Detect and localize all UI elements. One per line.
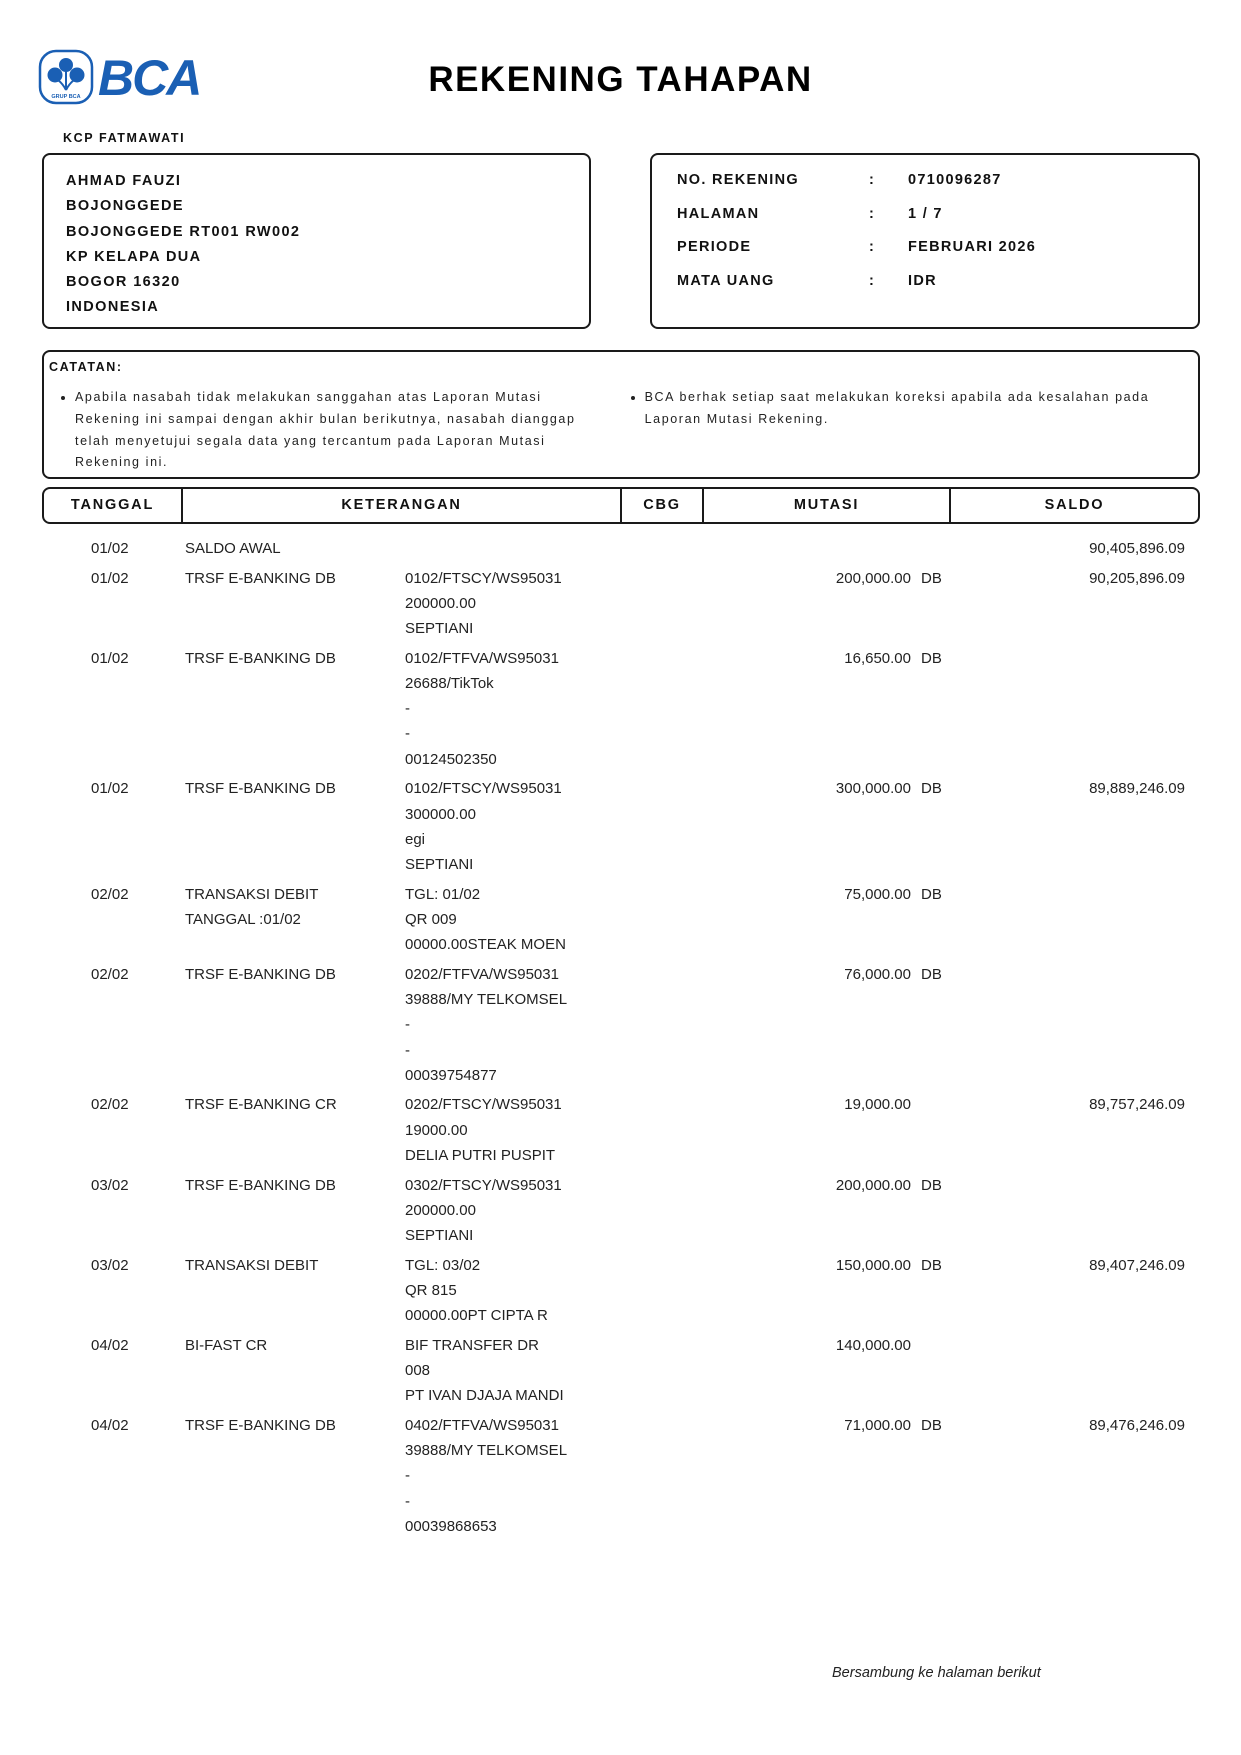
row-description: TRSF E-BANKING DB	[185, 1413, 336, 1438]
row-date: 02/02	[91, 882, 129, 907]
detail-line: 300000.00	[405, 802, 562, 827]
row-balance: 90,405,896.09	[1089, 536, 1185, 561]
row-description: BI-FAST CR	[185, 1333, 267, 1358]
row-amount: 200,000.00	[836, 566, 911, 591]
detail-line: 0102/FTFVA/WS95031	[405, 646, 559, 671]
notes-heading: CATATAN:	[49, 360, 1198, 374]
address-line: BOJONGGEDE RT001 RW002	[66, 220, 589, 245]
col-header-date: TANGGAL	[44, 489, 183, 522]
address-line: KP KELAPA DUA	[66, 245, 589, 270]
row-description: TRSF E-BANKING DB	[185, 962, 336, 987]
detail-line: 26688/TikTok	[405, 671, 559, 696]
info-label: PERIODE	[677, 234, 869, 268]
description-line: TRSF E-BANKING DB	[185, 566, 336, 591]
detail-line: -	[405, 1038, 567, 1063]
row-date: 03/02	[91, 1173, 129, 1198]
detail-line: 00039868653	[405, 1514, 567, 1539]
row-amount: 16,650.00	[844, 646, 911, 671]
detail-line: 00124502350	[405, 747, 559, 772]
detail-line: SEPTIANI	[405, 852, 562, 877]
row-debit-credit: DB	[921, 882, 942, 907]
row-date: 01/02	[91, 566, 129, 591]
row-amount: 150,000.00	[836, 1253, 911, 1278]
row-details: 0102/FTFVA/WS9503126688/TikTok--00124502…	[405, 646, 559, 772]
transaction-table-body: 01/02SALDO AWAL90,405,896.0901/02TRSF E-…	[0, 536, 1241, 1544]
detail-line: 200000.00	[405, 1198, 562, 1223]
detail-line: 19000.00	[405, 1118, 562, 1143]
row-balance: 89,889,246.09	[1089, 776, 1185, 801]
detail-line: 0302/FTSCY/WS95031	[405, 1173, 562, 1198]
row-description: TRANSAKSI DEBIT	[185, 1253, 318, 1278]
currency-value: IDR	[908, 268, 937, 302]
row-amount: 75,000.00	[844, 882, 911, 907]
table-row: 02/02TRSF E-BANKING CR0202/FTSCY/WS95031…	[0, 1092, 1241, 1172]
row-description: TRSF E-BANKING DB	[185, 566, 336, 591]
detail-line: 00000.00STEAK MOEN	[405, 932, 566, 957]
address-country: INDONESIA	[66, 295, 589, 320]
table-row: 03/02TRSF E-BANKING DB0302/FTSCY/WS95031…	[0, 1173, 1241, 1253]
detail-line: -	[405, 1489, 567, 1514]
row-date: 02/02	[91, 1092, 129, 1117]
description-line: TANGGAL :01/02	[185, 907, 318, 932]
row-date: 01/02	[91, 536, 129, 561]
detail-line: 00000.00PT CIPTA R	[405, 1303, 548, 1328]
description-line: TRSF E-BANKING DB	[185, 1413, 336, 1438]
document-title: REKENING TAHAPAN	[0, 60, 1241, 100]
detail-line: 0202/FTSCY/WS95031	[405, 1092, 562, 1117]
description-line: BI-FAST CR	[185, 1333, 267, 1358]
page-row: HALAMAN : 1 / 7	[677, 201, 1198, 235]
notes-box: CATATAN: Apabila nasabah tidak melakukan…	[42, 350, 1200, 479]
row-date: 01/02	[91, 646, 129, 671]
table-row: 01/02SALDO AWAL90,405,896.09	[0, 536, 1241, 566]
row-details: TGL: 03/02QR 81500000.00PT CIPTA R	[405, 1253, 548, 1329]
col-header-branch: CBG	[622, 489, 704, 522]
row-description: TRANSAKSI DEBITTANGGAL :01/02	[185, 882, 318, 933]
address-line: BOJONGGEDE	[66, 194, 589, 219]
customer-address-box: AHMAD FAUZI BOJONGGEDE BOJONGGEDE RT001 …	[42, 153, 591, 329]
row-debit-credit: DB	[921, 1253, 942, 1278]
table-row: 02/02TRSF E-BANKING DB0202/FTFVA/WS95031…	[0, 962, 1241, 1093]
row-balance: 89,407,246.09	[1089, 1253, 1185, 1278]
detail-line: TGL: 01/02	[405, 882, 566, 907]
detail-line: DELIA PUTRI PUSPIT	[405, 1143, 562, 1168]
row-details: 0302/FTSCY/WS95031200000.00SEPTIANI	[405, 1173, 562, 1249]
row-amount: 71,000.00	[844, 1413, 911, 1438]
period-value: FEBRUARI 2026	[908, 234, 1036, 268]
row-debit-credit: DB	[921, 962, 942, 987]
table-row: 04/02TRSF E-BANKING DB0402/FTFVA/WS95031…	[0, 1413, 1241, 1544]
table-header: TANGGAL KETERANGAN CBG MUTASI SALDO	[42, 487, 1200, 524]
detail-line: 200000.00	[405, 591, 562, 616]
detail-line: -	[405, 696, 559, 721]
detail-line: 39888/MY TELKOMSEL	[405, 1438, 567, 1463]
col-header-balance: SALDO	[951, 489, 1198, 522]
row-debit-credit: DB	[921, 646, 942, 671]
row-date: 04/02	[91, 1333, 129, 1358]
row-details: 0202/FTSCY/WS9503119000.00DELIA PUTRI PU…	[405, 1092, 562, 1168]
note-item: Apabila nasabah tidak melakukan sanggaha…	[75, 387, 612, 474]
row-amount: 300,000.00	[836, 776, 911, 801]
table-row: 01/02TRSF E-BANKING DB0102/FTSCY/WS95031…	[0, 776, 1241, 881]
detail-line: 0202/FTFVA/WS95031	[405, 962, 567, 987]
row-amount: 76,000.00	[844, 962, 911, 987]
row-balance: 89,476,246.09	[1089, 1413, 1185, 1438]
period-row: PERIODE : FEBRUARI 2026	[677, 234, 1198, 268]
detail-line: QR 009	[405, 907, 566, 932]
description-line: SALDO AWAL	[185, 536, 281, 561]
detail-line: SEPTIANI	[405, 1223, 562, 1248]
detail-line: SEPTIANI	[405, 616, 562, 641]
address-line: BOGOR 16320	[66, 270, 589, 295]
description-line: TRSF E-BANKING DB	[185, 1173, 336, 1198]
row-amount: 200,000.00	[836, 1173, 911, 1198]
detail-line: egi	[405, 827, 562, 852]
description-line: TRANSAKSI DEBIT	[185, 1253, 318, 1278]
info-sep: :	[869, 234, 908, 268]
customer-name: AHMAD FAUZI	[66, 169, 589, 194]
description-line: TRANSAKSI DEBIT	[185, 882, 318, 907]
row-debit-credit: DB	[921, 1413, 942, 1438]
description-line: TRSF E-BANKING CR	[185, 1092, 337, 1117]
account-number: 0710096287	[908, 167, 1002, 201]
info-label: NO. REKENING	[677, 167, 869, 201]
currency-row: MATA UANG : IDR	[677, 268, 1198, 302]
detail-line: QR 815	[405, 1278, 548, 1303]
row-description: TRSF E-BANKING DB	[185, 646, 336, 671]
note-item: BCA berhak setiap saat melakukan koreksi…	[645, 387, 1198, 431]
branch-name: KCP FATMAWATI	[63, 131, 185, 145]
row-debit-credit: DB	[921, 1173, 942, 1198]
detail-line: 0102/FTSCY/WS95031	[405, 566, 562, 591]
col-header-description: KETERANGAN	[183, 489, 622, 522]
detail-line: -	[405, 721, 559, 746]
row-debit-credit: DB	[921, 776, 942, 801]
table-row: 02/02TRANSAKSI DEBITTANGGAL :01/02TGL: 0…	[0, 882, 1241, 962]
row-details: 0402/FTFVA/WS9503139888/MY TELKOMSEL--00…	[405, 1413, 567, 1539]
row-debit-credit: DB	[921, 566, 942, 591]
description-line: TRSF E-BANKING DB	[185, 962, 336, 987]
row-details: BIF TRANSFER DR008PT IVAN DJAJA MANDI	[405, 1333, 564, 1409]
table-row: 03/02TRANSAKSI DEBITTGL: 03/02QR 8150000…	[0, 1253, 1241, 1333]
row-amount: 140,000.00	[836, 1333, 911, 1358]
row-date: 04/02	[91, 1413, 129, 1438]
row-date: 02/02	[91, 962, 129, 987]
page-number: 1 / 7	[908, 201, 943, 235]
row-description: TRSF E-BANKING DB	[185, 1173, 336, 1198]
info-sep: :	[869, 201, 908, 235]
detail-line: -	[405, 1012, 567, 1037]
row-details: 0102/FTSCY/WS95031300000.00egiSEPTIANI	[405, 776, 562, 877]
row-amount: 19,000.00	[844, 1092, 911, 1117]
table-row: 04/02BI-FAST CRBIF TRANSFER DR008PT IVAN…	[0, 1333, 1241, 1413]
col-header-mutation: MUTASI	[704, 489, 951, 522]
row-description: SALDO AWAL	[185, 536, 281, 561]
row-details: 0202/FTFVA/WS9503139888/MY TELKOMSEL--00…	[405, 962, 567, 1088]
description-line: TRSF E-BANKING DB	[185, 776, 336, 801]
account-number-row: NO. REKENING : 0710096287	[677, 167, 1198, 201]
detail-line: PT IVAN DJAJA MANDI	[405, 1383, 564, 1408]
row-balance: 90,205,896.09	[1089, 566, 1185, 591]
table-row: 01/02TRSF E-BANKING DB0102/FTFVA/WS95031…	[0, 646, 1241, 777]
detail-line: BIF TRANSFER DR	[405, 1333, 564, 1358]
detail-line: 008	[405, 1358, 564, 1383]
description-line: TRSF E-BANKING DB	[185, 646, 336, 671]
account-info-box: NO. REKENING : 0710096287 HALAMAN : 1 / …	[650, 153, 1200, 329]
row-date: 01/02	[91, 776, 129, 801]
row-description: TRSF E-BANKING CR	[185, 1092, 337, 1117]
detail-line: 00039754877	[405, 1063, 567, 1088]
detail-line: TGL: 03/02	[405, 1253, 548, 1278]
info-sep: :	[869, 268, 908, 302]
info-sep: :	[869, 167, 908, 201]
table-row: 01/02TRSF E-BANKING DB0102/FTSCY/WS95031…	[0, 566, 1241, 646]
row-date: 03/02	[91, 1253, 129, 1278]
detail-line: 39888/MY TELKOMSEL	[405, 987, 567, 1012]
row-balance: 89,757,246.09	[1089, 1092, 1185, 1117]
detail-line: -	[405, 1463, 567, 1488]
row-details: TGL: 01/02QR 00900000.00STEAK MOEN	[405, 882, 566, 958]
row-description: TRSF E-BANKING DB	[185, 776, 336, 801]
continued-note: Bersambung ke halaman berikut	[832, 1665, 1041, 1681]
info-label: MATA UANG	[677, 268, 869, 302]
info-label: HALAMAN	[677, 201, 869, 235]
detail-line: 0102/FTSCY/WS95031	[405, 776, 562, 801]
detail-line: 0402/FTFVA/WS95031	[405, 1413, 567, 1438]
row-details: 0102/FTSCY/WS95031200000.00SEPTIANI	[405, 566, 562, 642]
